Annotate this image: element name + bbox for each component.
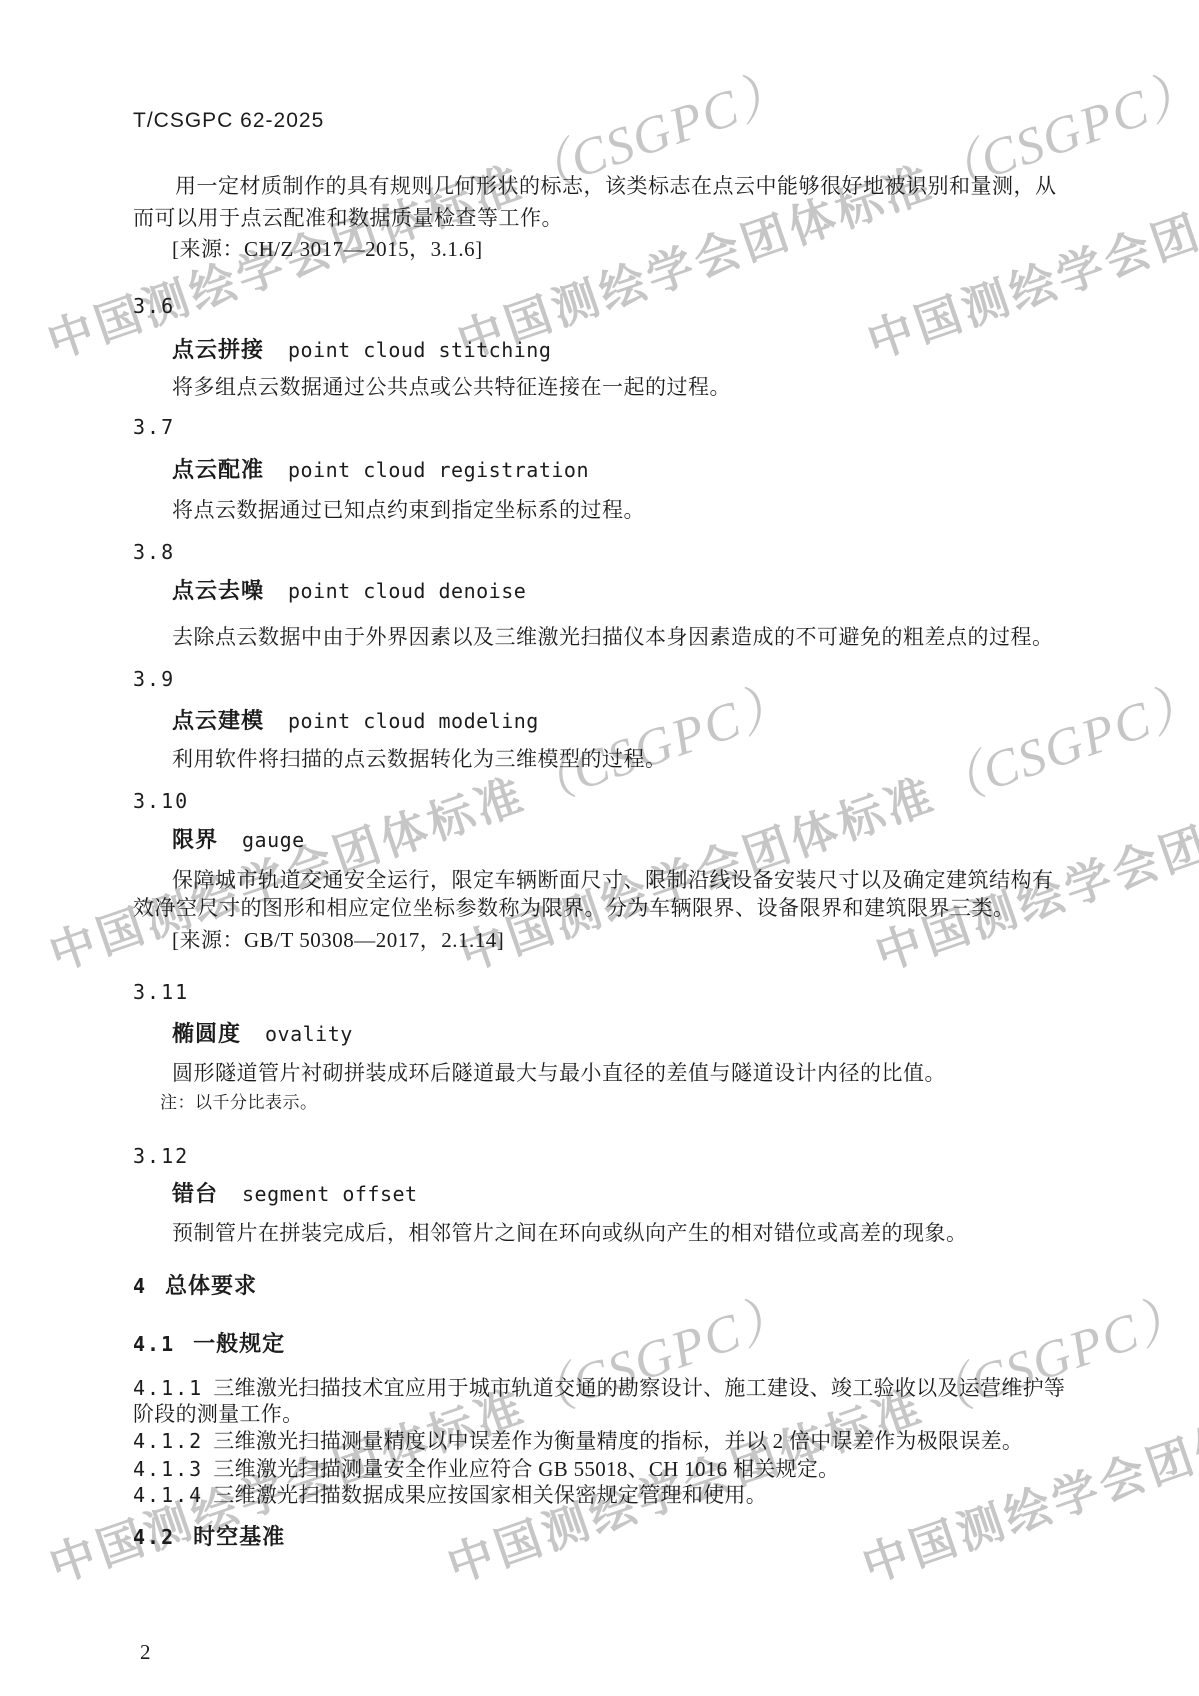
source-reference: [来源：GB/T 50308—2017，2.1.14]: [133, 926, 1066, 954]
term-cn: 点云拼接: [172, 337, 264, 362]
section-title: 一般规定: [193, 1331, 285, 1356]
term-definition: 将点云数据通过已知点约束到指定坐标系的过程。: [133, 496, 1066, 524]
term-heading: 点云去噪point cloud denoise: [133, 576, 1066, 609]
clause-text: 三维激光扫描测量安全作业应符合 GB 55018、CH 1016 相关规定。: [213, 1457, 839, 1481]
definition-line: 预制管片在拼装完成后，相邻管片之间在环向或纵向产生的相对错位或高差的现象。: [172, 1219, 1066, 1247]
section-title: 时空基准: [193, 1524, 285, 1549]
term-cn: 点云去噪: [172, 578, 264, 603]
term-note: 注：以千分比表示。: [133, 1091, 1066, 1115]
term-en: point cloud denoise: [288, 579, 526, 603]
chapter-title: 总体要求: [165, 1273, 257, 1298]
term-heading: 点云建模point cloud modeling: [133, 706, 1066, 739]
section-number: 4.1: [133, 1332, 175, 1356]
clause-text: 三维激光扫描技术宜应用于城市轨道交通的勘察设计、施工建设、竣工验收以及运营维护等: [213, 1376, 1065, 1400]
term-definition: 保障城市轨道交通安全运行，限定车辆断面尺寸、限制沿线设备安装尺寸以及确定建筑结构…: [133, 866, 1066, 922]
term-en: segment offset: [242, 1182, 418, 1206]
term-cn: 错台: [172, 1181, 218, 1206]
document-code-header: T/CSGPC 62-2025: [133, 106, 1066, 136]
section-number: 4.2: [133, 1525, 175, 1549]
term-definition: 利用软件将扫描的点云数据转化为三维模型的过程。: [133, 745, 1066, 773]
term-heading: 点云配准point cloud registration: [133, 455, 1066, 488]
definition-line: 将点云数据通过已知点约束到指定坐标系的过程。: [172, 496, 1066, 524]
definition-line: 将多组点云数据通过公共点或公共特征连接在一起的过程。: [172, 373, 1066, 401]
chapter-heading: 4总体要求: [133, 1271, 1066, 1304]
paragraph-line: 而可以用于点云配准和数据质量检查等工作。: [133, 202, 1066, 234]
clause: 4.1.1三维激光扫描技术宜应用于城市轨道交通的勘察设计、施工建设、竣工验收以及…: [133, 1375, 1066, 1401]
term-heading: 椭圆度ovality: [133, 1019, 1066, 1052]
term-number: 3.7: [133, 413, 1066, 441]
definition-paragraph: 用一定材质制作的具有规则几何形状的标志，该类标志在点云中能够很好地被识别和量测，…: [133, 170, 1066, 234]
clause-text: 三维激光扫描测量精度以中误差作为衡量精度的指标，并以 2 倍中误差作为极限误差。: [213, 1429, 1023, 1453]
term-heading: 限界gauge: [133, 825, 1066, 858]
term-cn: 点云配准: [172, 457, 264, 482]
clause-text: 三维激光扫描数据成果应按国家相关保密规定管理和使用。: [213, 1483, 767, 1507]
term-definition: 将多组点云数据通过公共点或公共特征连接在一起的过程。: [133, 373, 1066, 401]
term-number: 3.12: [133, 1142, 1066, 1170]
term-definition: 去除点云数据中由于外界因素以及三维激光扫描仪本身因素造成的不可避免的粗差点的过程…: [133, 623, 1066, 651]
source-reference: [来源：CH/Z 3017—2015，3.1.6]: [133, 235, 1066, 263]
clause-number: 4.1.2: [133, 1428, 203, 1454]
definition-line: 效净空尺寸的图形和相应定位坐标参数称为限界。分为车辆限界、设备限界和建筑限界三类…: [133, 894, 1066, 922]
section-heading: 4.2时空基准: [133, 1522, 1066, 1555]
clause: 4.1.4三维激光扫描数据成果应按国家相关保密规定管理和使用。: [133, 1482, 1066, 1508]
term-number: 3.11: [133, 978, 1066, 1006]
definition-line: 利用软件将扫描的点云数据转化为三维模型的过程。: [172, 745, 1066, 773]
term-heading: 错台segment offset: [133, 1179, 1066, 1212]
term-en: point cloud stitching: [288, 338, 551, 362]
clause-continuation: 阶段的测量工作。: [133, 1401, 1066, 1427]
term-en: point cloud registration: [288, 458, 589, 482]
term-en: point cloud modeling: [288, 709, 539, 733]
term-en: ovality: [265, 1022, 353, 1046]
clause-number: 4.1.3: [133, 1456, 203, 1482]
chapter-number: 4: [133, 1274, 147, 1298]
term-definition: 圆形隧道管片衬砌拼装成环后隧道最大与最小直径的差值与隧道设计内径的比值。: [133, 1059, 1066, 1087]
clause: 4.1.3三维激光扫描测量安全作业应符合 GB 55018、CH 1016 相关…: [133, 1456, 1066, 1482]
clause-number: 4.1.1: [133, 1375, 203, 1401]
term-number: 3.8: [133, 538, 1066, 566]
term-en: gauge: [242, 828, 305, 852]
term-cn: 点云建模: [172, 708, 264, 733]
paragraph-line: 用一定材质制作的具有规则几何形状的标志，该类标志在点云中能够很好地被识别和量测，…: [133, 170, 1066, 202]
standard-document-page: 中国测绘学会团体标准（CSGPC） 中国测绘学会团体标准（CSGPC） 中国测绘…: [0, 0, 1199, 1696]
definition-line: 去除点云数据中由于外界因素以及三维激光扫描仪本身因素造成的不可避免的粗差点的过程…: [172, 623, 1066, 651]
page-number: 2: [133, 1638, 1066, 1666]
term-heading: 点云拼接point cloud stitching: [133, 335, 1066, 368]
term-number: 3.6: [133, 292, 1066, 320]
clause: 4.1.2三维激光扫描测量精度以中误差作为衡量精度的指标，并以 2 倍中误差作为…: [133, 1428, 1066, 1454]
definition-line: 圆形隧道管片衬砌拼装成环后隧道最大与最小直径的差值与隧道设计内径的比值。: [172, 1059, 1066, 1087]
term-definition: 预制管片在拼装完成后，相邻管片之间在环向或纵向产生的相对错位或高差的现象。: [133, 1219, 1066, 1247]
section-heading: 4.1一般规定: [133, 1329, 1066, 1362]
term-number: 3.9: [133, 665, 1066, 693]
term-cn: 限界: [172, 827, 218, 852]
term-cn: 椭圆度: [172, 1021, 241, 1046]
definition-line: 保障城市轨道交通安全运行，限定车辆断面尺寸、限制沿线设备安装尺寸以及确定建筑结构…: [172, 866, 1066, 894]
term-number: 3.10: [133, 787, 1066, 815]
clause-number: 4.1.4: [133, 1482, 203, 1508]
document-content: T/CSGPC 62-2025 用一定材质制作的具有规则几何形状的标志，该类标志…: [133, 106, 1066, 1666]
